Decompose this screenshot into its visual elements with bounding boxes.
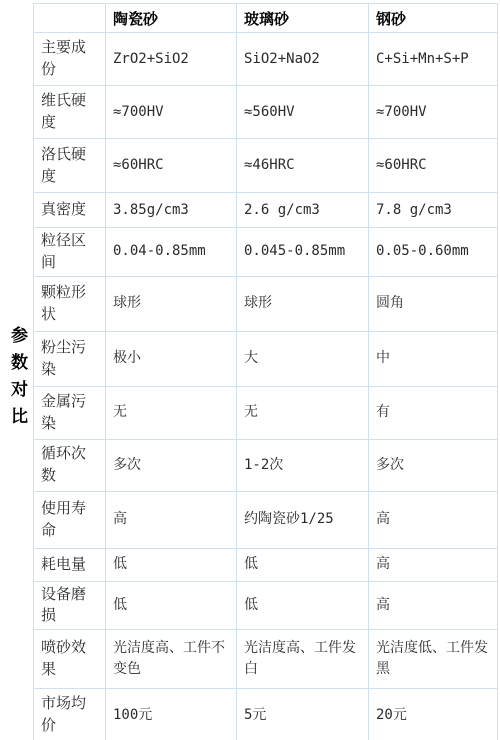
- table-row: 耗电量 低 低 高: [34, 548, 498, 581]
- column-header-glass-sand: 玻璃砂: [237, 4, 369, 33]
- table-row: 使用寿命 高 约陶瓷砂1/25 高: [34, 491, 498, 548]
- row-label: 粉尘污染: [34, 331, 106, 386]
- cell: 中: [369, 331, 498, 386]
- row-label: 维氏硬度: [34, 86, 106, 139]
- row-label: 颗粒形状: [34, 276, 106, 331]
- column-header-ceramic-sand: 陶瓷砂: [106, 4, 237, 33]
- cell: 无: [106, 386, 237, 439]
- cell: 多次: [369, 439, 498, 491]
- row-label: 耗电量: [34, 548, 106, 581]
- cell: 100元: [106, 689, 237, 740]
- table-row: 市场均价 100元 5元 20元: [34, 689, 498, 740]
- row-label: 粒径区间: [34, 228, 106, 277]
- cell: 高: [106, 491, 237, 548]
- cell: 多次: [106, 439, 237, 491]
- comparison-table-page: 参数对比 陶瓷砂 玻璃砂 钢砂 主要成份 ZrO2+SiO2 SiO2+NaO2…: [0, 0, 500, 740]
- cell: 0.045-0.85mm: [237, 228, 369, 277]
- table-row: 循环次数 多次 1-2次 多次: [34, 439, 498, 491]
- cell: 20元: [369, 689, 498, 740]
- comparison-table: 陶瓷砂 玻璃砂 钢砂 主要成份 ZrO2+SiO2 SiO2+NaO2 C+Si…: [33, 3, 498, 740]
- table-row: 主要成份 ZrO2+SiO2 SiO2+NaO2 C+Si+Mn+S+P: [34, 33, 498, 86]
- table-row: 粒径区间 0.04-0.85mm 0.045-0.85mm 0.05-0.60m…: [34, 228, 498, 277]
- cell: 无: [237, 386, 369, 439]
- table-row: 颗粒形状 球形 球形 圆角: [34, 276, 498, 331]
- cell: 有: [369, 386, 498, 439]
- table-row: 喷砂效果 光洁度高、工件不变色 光洁度高、工件发白 光洁度低、工件发黑: [34, 630, 498, 689]
- table-row: 真密度 3.85g/cm3 2.6 g/cm3 7.8 g/cm3: [34, 193, 498, 228]
- cell: C+Si+Mn+S+P: [369, 33, 498, 86]
- cell: ≈560HV: [237, 86, 369, 139]
- side-label-parameter-comparison: 参数对比: [5, 326, 30, 434]
- table-row: 洛氏硬度 ≈60HRC ≈46HRC ≈60HRC: [34, 139, 498, 193]
- row-label: 使用寿命: [34, 491, 106, 548]
- row-label: 主要成份: [34, 33, 106, 86]
- row-label: 洛氏硬度: [34, 139, 106, 193]
- cell: 0.04-0.85mm: [106, 228, 237, 277]
- cell: 1-2次: [237, 439, 369, 491]
- row-label: 循环次数: [34, 439, 106, 491]
- row-label: 设备磨损: [34, 581, 106, 630]
- cell: 极小: [106, 331, 237, 386]
- cell: 低: [237, 548, 369, 581]
- cell: 球形: [237, 276, 369, 331]
- column-header-steel-sand: 钢砂: [369, 4, 498, 33]
- cell: 球形: [106, 276, 237, 331]
- cell: ≈60HRC: [106, 139, 237, 193]
- cell: 2.6 g/cm3: [237, 193, 369, 228]
- row-label: 喷砂效果: [34, 630, 106, 689]
- cell: 5元: [237, 689, 369, 740]
- cell: 低: [106, 548, 237, 581]
- cell: 光洁度低、工件发黑: [369, 630, 498, 689]
- cell: 高: [369, 548, 498, 581]
- cell: ≈46HRC: [237, 139, 369, 193]
- table-row: 金属污染 无 无 有: [34, 386, 498, 439]
- cell: 7.8 g/cm3: [369, 193, 498, 228]
- cell: ZrO2+SiO2: [106, 33, 237, 86]
- cell: ≈60HRC: [369, 139, 498, 193]
- table-header-row: 陶瓷砂 玻璃砂 钢砂: [34, 4, 498, 33]
- row-label: 市场均价: [34, 689, 106, 740]
- cell: 光洁度高、工件发白: [237, 630, 369, 689]
- cell: 高: [369, 581, 498, 630]
- cell: SiO2+NaO2: [237, 33, 369, 86]
- cell: 大: [237, 331, 369, 386]
- cell: ≈700HV: [106, 86, 237, 139]
- cell: 圆角: [369, 276, 498, 331]
- cell: 3.85g/cm3: [106, 193, 237, 228]
- table-row: 粉尘污染 极小 大 中: [34, 331, 498, 386]
- corner-cell: [34, 4, 106, 33]
- cell: 低: [106, 581, 237, 630]
- table-row: 维氏硬度 ≈700HV ≈560HV ≈700HV: [34, 86, 498, 139]
- table-row: 设备磨损 低 低 高: [34, 581, 498, 630]
- cell: 低: [237, 581, 369, 630]
- row-label: 真密度: [34, 193, 106, 228]
- cell: ≈700HV: [369, 86, 498, 139]
- cell: 0.05-0.60mm: [369, 228, 498, 277]
- cell: 高: [369, 491, 498, 548]
- cell: 约陶瓷砂1/25: [237, 491, 369, 548]
- cell: 光洁度高、工件不变色: [106, 630, 237, 689]
- row-label: 金属污染: [34, 386, 106, 439]
